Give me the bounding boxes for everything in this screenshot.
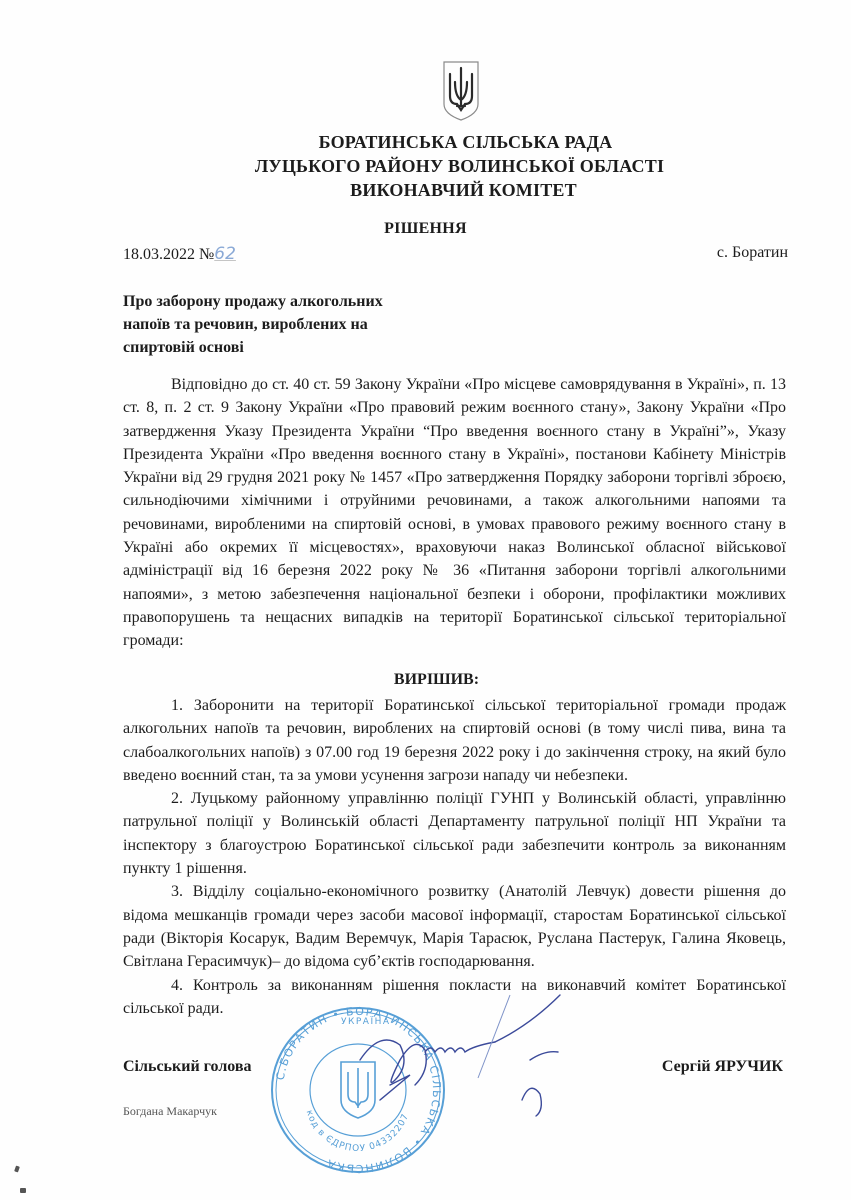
preamble-paragraph: Відповідно до ст. 40 ст. 59 Закону Украї… [123,373,786,653]
signatory-name: Сергій ЯРУЧИК [662,1058,783,1076]
date-and-number: 18.03.2022 №62 [123,244,236,264]
signatory-role: Сільський голова [123,1058,252,1076]
document-page: БОРАТИНСЬКА СІЛЬСЬКА РАДА ЛУЦЬКОГО РАЙОН… [0,0,851,1200]
resolution-item-2: 2. Луцькому районному управлінню поліції… [123,787,786,880]
scan-artifact [14,1165,20,1172]
document-number-handwritten: 62 [214,244,236,264]
trident-emblem-icon [441,60,481,122]
document-subject: Про заборону продажу алкогольних напоїв … [123,290,433,359]
document-type-title: РІШЕННЯ [0,220,851,238]
resolved-heading: ВИРІШИВ: [0,671,851,689]
resolution-item-3: 3. Відділу соціально-економічного розвит… [123,880,786,973]
executor-name: Богдана Макарчук [123,1104,217,1119]
document-place: с. Боратин [717,244,788,262]
document-date: 18.03.2022 [123,246,195,263]
resolution-items: 1. Заборонити на території Боратинської … [123,694,786,1020]
org-name-line1: БОРАТИНСЬКА СІЛЬСЬКА РАДА [40,132,851,153]
handwritten-signature-icon [300,990,630,1130]
scan-artifact [20,1188,26,1193]
org-name-line3: ВИКОНАВЧИЙ КОМІТЕТ [38,180,851,201]
number-sign: № [199,246,214,263]
resolution-item-1: 1. Заборонити на території Боратинської … [123,694,786,787]
org-name-line2: ЛУЦЬКОГО РАЙОНУ ВОЛИНСЬКОЇ ОБЛАСТІ [34,156,851,177]
